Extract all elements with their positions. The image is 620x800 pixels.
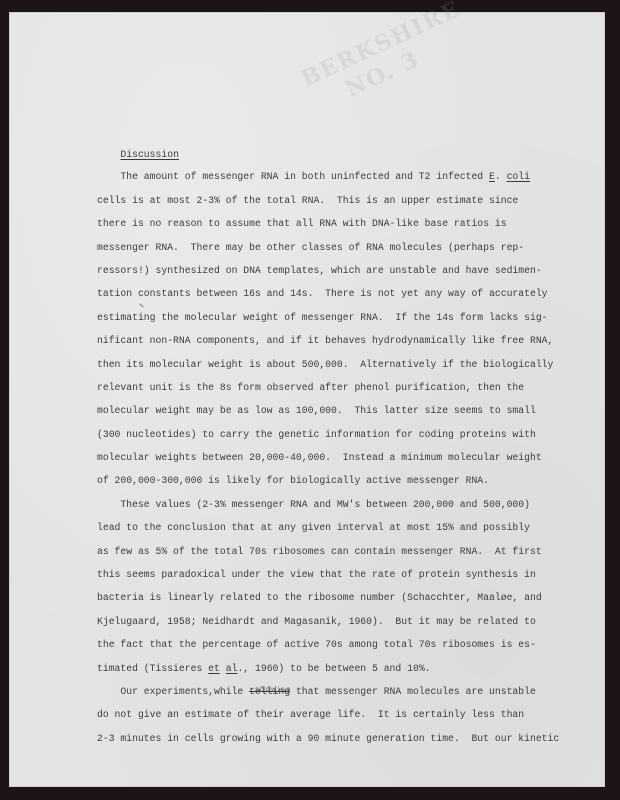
text-segment: nificant non-RNA components, and if it b… — [97, 335, 553, 346]
underlined-text: al — [226, 663, 238, 674]
text-segment: molecular weight may be as low as 100,00… — [97, 405, 536, 416]
text-segment: do not give an estimate of their average… — [97, 709, 524, 720]
text-line: of 200,000-300,000 is likely for biologi… — [97, 469, 559, 492]
section-heading: Discussion — [120, 149, 179, 160]
text-segment: this seems paradoxical under the view th… — [97, 569, 536, 580]
section-heading-line: Discussion — [97, 120, 559, 143]
text-segment: relevant unit is the 8s form observed af… — [97, 382, 524, 393]
text-line: (300 nucleotides) to carry the genetic i… — [97, 423, 559, 446]
text-segment: Our experiments,while — [97, 686, 249, 697]
text-line: relevant unit is the 8s form observed af… — [97, 376, 559, 399]
text-segment: ., 1960) to be between 5 and 10%. — [237, 663, 430, 674]
text-line: then its molecular weight is about 500,0… — [97, 353, 559, 376]
text-line: this seems paradoxical under the view th… — [97, 563, 559, 586]
text-line: as few as 5% of the total 70s ribosomes … — [97, 540, 559, 563]
text-segment: lead to the conclusion that at any given… — [97, 522, 530, 533]
struck-text: tellingshowing — [249, 686, 290, 697]
handwritten-annotation: showing — [255, 685, 292, 693]
text-line: The amount of messenger RNA in both unin… — [97, 165, 559, 188]
paragraph: The amount of messenger RNA in both unin… — [97, 165, 559, 492]
text-line: These values (2-3% messenger RNA and MW'… — [97, 493, 559, 516]
text-segment: messenger RNA. There may be other classe… — [97, 242, 524, 253]
text-line: 2-3 minutes in cells growing with a 90 m… — [97, 727, 559, 750]
text-segment: that messenger RNA molecules are unstabl… — [290, 686, 536, 697]
text-segment: tation constants between 16s and 14s. Th… — [97, 288, 548, 299]
text-segment: the fact that the percentage of active 7… — [97, 639, 536, 650]
text-segment: molecular weights between 20,000-40,000.… — [97, 452, 542, 463]
text-segment: (300 nucleotides) to carry the genetic i… — [97, 429, 536, 440]
text-line: estimating the molecular weight of messe… — [97, 306, 559, 329]
text-line: molecular weights between 20,000-40,000.… — [97, 446, 559, 469]
text-segment: as few as 5% of the total 70s ribosomes … — [97, 546, 542, 557]
text-segment: Kjelugaard, 1958; Neidhardt and Magasani… — [97, 616, 536, 627]
text-line: messenger RNA. There may be other classe… — [97, 236, 559, 259]
text-segment: there is no reason to assume that all RN… — [97, 218, 507, 229]
text-line: lead to the conclusion that at any given… — [97, 516, 559, 539]
text-segment: of 200,000-300,000 is likely for biologi… — [97, 475, 489, 486]
text-line: do not give an estimate of their average… — [97, 703, 559, 726]
paragraphs: The amount of messenger RNA in both unin… — [97, 165, 559, 750]
text-line: tation constants between 16s and 14s. Th… — [97, 282, 559, 305]
text-line: Our experiments,while tellingshowing tha… — [97, 680, 559, 703]
bleed-line: BERKSHIRE — [297, 5, 445, 94]
text-line: the fact that the percentage of active 7… — [97, 633, 559, 656]
text-line: cells is at most 2-3% of the total RNA. … — [97, 189, 559, 212]
text-segment: bacteria is linearly related to the ribo… — [97, 592, 542, 603]
text-segment: The amount of messenger RNA in both unin… — [97, 171, 489, 182]
text-line: bacteria is linearly related to the ribo… — [97, 586, 559, 609]
text-line: timated (Tissieres et al., 1960) to be b… — [97, 657, 559, 680]
text-segment: These values (2-3% messenger RNA and MW'… — [97, 499, 530, 510]
text-segment: then its molecular weight is about 500,0… — [97, 359, 553, 370]
text-segment: ressors!) synthesized on DNA templates, … — [97, 265, 542, 276]
text-segment: 2-3 minutes in cells growing with a 90 m… — [97, 733, 559, 744]
paragraph: Our experiments,while tellingshowing tha… — [97, 680, 559, 750]
text-segment: estimating the molecular weight of messe… — [97, 312, 548, 323]
text-line: ressors!) synthesized on DNA templates, … — [97, 259, 559, 282]
text-line: Kjelugaard, 1958; Neidhardt and Magasani… — [97, 610, 559, 633]
underlined-text: coli — [507, 171, 530, 182]
text-line: molecular weight may be as low as 100,00… — [97, 399, 559, 422]
document-body: Discussion The amount of messenger RNA i… — [97, 98, 559, 761]
text-segment: . — [495, 171, 507, 182]
text-segment: cells is at most 2-3% of the total RNA. … — [97, 195, 518, 206]
text-segment: timated (Tissieres — [97, 663, 208, 674]
paragraph: These values (2-3% messenger RNA and MW'… — [97, 493, 559, 680]
text-line: there is no reason to assume that all RN… — [97, 212, 559, 235]
underlined-text: et — [208, 663, 220, 674]
text-line: nificant non-RNA components, and if it b… — [97, 329, 559, 352]
